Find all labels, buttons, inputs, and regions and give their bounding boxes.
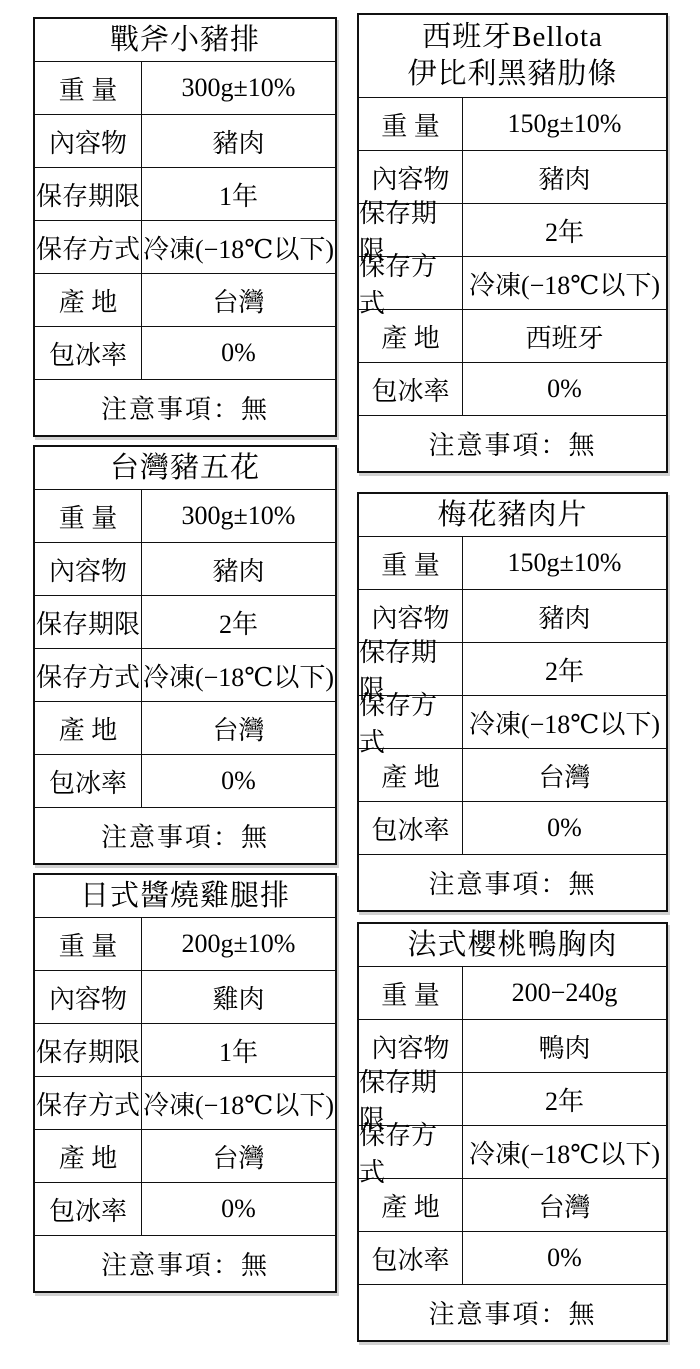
product-title-row: 西班牙Bellota 伊比利黑豬肋條 — [359, 15, 666, 97]
weight-label: 重 量 — [35, 918, 142, 970]
weight-value: 300g±10% — [142, 62, 335, 114]
row-storage-method: 保存方式 冷凍(−18℃以下) — [359, 695, 666, 748]
row-weight: 重 量 200g±10% — [35, 917, 335, 970]
product-title: 法式櫻桃鴨胸肉 — [407, 927, 617, 964]
ice-ratio-label: 包冰率 — [35, 327, 142, 379]
storage-method-label: 保存方式 — [35, 649, 142, 701]
row-storage-method: 保存方式 冷凍(−18℃以下) — [35, 648, 335, 701]
storage-method-value: 冷凍(−18℃以下) — [463, 696, 666, 748]
storage-method-label: 保存方式 — [35, 1077, 142, 1129]
storage-method-label: 保存方式 — [35, 221, 142, 273]
row-storage-method: 保存方式 冷凍(−18℃以下) — [359, 1125, 666, 1178]
notes-text: 注意事項：無 — [428, 425, 596, 462]
storage-method-value: 冷凍(−18℃以下) — [142, 221, 335, 273]
weight-value: 200−240g — [463, 967, 666, 1019]
product-title: 梅花豬肉片 — [437, 497, 587, 534]
product-spec-sheet: 戰斧小豬排 重 量 300g±10% 內容物 豬肉 保存期限 1年 保存方式 冷… — [0, 0, 700, 1369]
shelf-life-label: 保存期限 — [35, 1024, 142, 1076]
row-ice-ratio: 包冰率 0% — [359, 362, 666, 415]
ice-ratio-value: 0% — [463, 363, 666, 415]
row-origin: 產 地 台灣 — [35, 701, 335, 754]
notes-row: 注意事項：無 — [359, 854, 666, 910]
shelf-life-label: 保存期限 — [35, 596, 142, 648]
origin-label: 產 地 — [359, 310, 463, 362]
row-origin: 產 地 台灣 — [359, 748, 666, 801]
contents-label: 內容物 — [35, 115, 142, 167]
row-contents: 內容物 豬肉 — [35, 542, 335, 595]
row-origin: 產 地 台灣 — [35, 1129, 335, 1182]
shelf-life-value: 1年 — [142, 168, 335, 220]
contents-value: 鴨肉 — [463, 1020, 666, 1072]
weight-label: 重 量 — [359, 98, 463, 150]
row-weight: 重 量 200−240g — [359, 966, 666, 1019]
product-table-tomahawk-pork-chop: 戰斧小豬排 重 量 300g±10% 內容物 豬肉 保存期限 1年 保存方式 冷… — [33, 17, 337, 437]
storage-method-value: 冷凍(−18℃以下) — [142, 1077, 335, 1129]
product-title: 西班牙Bellota 伊比利黑豬肋條 — [407, 19, 617, 93]
origin-value: 台灣 — [463, 749, 666, 801]
row-weight: 重 量 300g±10% — [35, 489, 335, 542]
product-table-taiwan-pork-belly: 台灣豬五花 重 量 300g±10% 內容物 豬肉 保存期限 2年 保存方式 冷… — [33, 445, 337, 865]
contents-value: 雞肉 — [142, 971, 335, 1023]
ice-ratio-value: 0% — [142, 327, 335, 379]
storage-method-label: 保存方式 — [359, 257, 463, 309]
origin-value: 西班牙 — [463, 310, 666, 362]
product-title-row: 梅花豬肉片 — [359, 494, 666, 536]
origin-label: 產 地 — [359, 749, 463, 801]
row-shelf-life: 保存期限 1年 — [35, 1023, 335, 1076]
product-title-row: 法式櫻桃鴨胸肉 — [359, 924, 666, 966]
storage-method-label: 保存方式 — [359, 696, 463, 748]
notes-text: 注意事項：無 — [101, 817, 269, 854]
ice-ratio-value: 0% — [142, 755, 335, 807]
contents-value: 豬肉 — [463, 151, 666, 203]
origin-value: 台灣 — [142, 274, 335, 326]
notes-row: 注意事項：無 — [35, 379, 335, 435]
product-table-spanish-bellota-iberico-ribs: 西班牙Bellota 伊比利黑豬肋條 重 量 150g±10% 內容物 豬肉 保… — [357, 13, 668, 473]
product-table-japanese-chicken-thigh: 日式醬燒雞腿排 重 量 200g±10% 內容物 雞肉 保存期限 1年 保存方式… — [33, 873, 337, 1293]
origin-value: 台灣 — [463, 1179, 666, 1231]
origin-value: 台灣 — [142, 1130, 335, 1182]
row-origin: 產 地 台灣 — [359, 1178, 666, 1231]
weight-label: 重 量 — [35, 490, 142, 542]
origin-label: 產 地 — [35, 1130, 142, 1182]
notes-row: 注意事項：無 — [359, 1284, 666, 1340]
product-title: 戰斧小豬排 — [110, 22, 260, 59]
weight-value: 150g±10% — [463, 537, 666, 589]
ice-ratio-label: 包冰率 — [359, 363, 463, 415]
shelf-life-value: 2年 — [463, 643, 666, 695]
origin-label: 產 地 — [35, 702, 142, 754]
notes-text: 注意事項：無 — [101, 1245, 269, 1282]
ice-ratio-value: 0% — [142, 1183, 335, 1235]
row-origin: 產 地 台灣 — [35, 273, 335, 326]
row-weight: 重 量 150g±10% — [359, 536, 666, 589]
row-contents: 內容物 豬肉 — [35, 114, 335, 167]
row-storage-method: 保存方式 冷凍(−18℃以下) — [359, 256, 666, 309]
product-title-row: 戰斧小豬排 — [35, 19, 335, 61]
row-ice-ratio: 包冰率 0% — [359, 801, 666, 854]
product-title: 台灣豬五花 — [110, 450, 260, 487]
row-storage-method: 保存方式 冷凍(−18℃以下) — [35, 220, 335, 273]
row-ice-ratio: 包冰率 0% — [35, 326, 335, 379]
ice-ratio-value: 0% — [463, 1232, 666, 1284]
ice-ratio-value: 0% — [463, 802, 666, 854]
storage-method-value: 冷凍(−18℃以下) — [463, 1126, 666, 1178]
shelf-life-value: 1年 — [142, 1024, 335, 1076]
notes-row: 注意事項：無 — [359, 415, 666, 471]
shelf-life-label: 保存期限 — [35, 168, 142, 220]
product-table-pork-shoulder-slices: 梅花豬肉片 重 量 150g±10% 內容物 豬肉 保存期限 2年 保存方式 冷… — [357, 492, 668, 912]
notes-text: 注意事項：無 — [101, 389, 269, 426]
product-title: 日式醬燒雞腿排 — [80, 878, 290, 915]
weight-label: 重 量 — [35, 62, 142, 114]
row-ice-ratio: 包冰率 0% — [35, 1182, 335, 1235]
contents-value: 豬肉 — [142, 543, 335, 595]
origin-value: 台灣 — [142, 702, 335, 754]
origin-label: 產 地 — [35, 274, 142, 326]
contents-label: 內容物 — [35, 543, 142, 595]
storage-method-label: 保存方式 — [359, 1126, 463, 1178]
shelf-life-value: 2年 — [463, 204, 666, 256]
notes-text: 注意事項：無 — [428, 864, 596, 901]
shelf-life-value: 2年 — [463, 1073, 666, 1125]
notes-text: 注意事項：無 — [428, 1294, 596, 1331]
weight-value: 150g±10% — [463, 98, 666, 150]
product-title-row: 台灣豬五花 — [35, 447, 335, 489]
row-contents: 內容物 雞肉 — [35, 970, 335, 1023]
origin-label: 產 地 — [359, 1179, 463, 1231]
row-shelf-life: 保存期限 1年 — [35, 167, 335, 220]
product-title-row: 日式醬燒雞腿排 — [35, 875, 335, 917]
weight-value: 200g±10% — [142, 918, 335, 970]
shelf-life-value: 2年 — [142, 596, 335, 648]
ice-ratio-label: 包冰率 — [359, 1232, 463, 1284]
storage-method-value: 冷凍(−18℃以下) — [142, 649, 335, 701]
ice-ratio-label: 包冰率 — [359, 802, 463, 854]
weight-label: 重 量 — [359, 967, 463, 1019]
weight-label: 重 量 — [359, 537, 463, 589]
row-ice-ratio: 包冰率 0% — [359, 1231, 666, 1284]
ice-ratio-label: 包冰率 — [35, 1183, 142, 1235]
notes-row: 注意事項：無 — [35, 1235, 335, 1291]
ice-ratio-label: 包冰率 — [35, 755, 142, 807]
product-table-french-cherry-duck-breast: 法式櫻桃鴨胸肉 重 量 200−240g 內容物 鴨肉 保存期限 2年 保存方式… — [357, 922, 668, 1342]
row-weight: 重 量 150g±10% — [359, 97, 666, 150]
notes-row: 注意事項：無 — [35, 807, 335, 863]
row-storage-method: 保存方式 冷凍(−18℃以下) — [35, 1076, 335, 1129]
contents-label: 內容物 — [35, 971, 142, 1023]
row-ice-ratio: 包冰率 0% — [35, 754, 335, 807]
row-weight: 重 量 300g±10% — [35, 61, 335, 114]
contents-value: 豬肉 — [142, 115, 335, 167]
row-origin: 產 地 西班牙 — [359, 309, 666, 362]
contents-value: 豬肉 — [463, 590, 666, 642]
weight-value: 300g±10% — [142, 490, 335, 542]
row-shelf-life: 保存期限 2年 — [35, 595, 335, 648]
storage-method-value: 冷凍(−18℃以下) — [463, 257, 666, 309]
